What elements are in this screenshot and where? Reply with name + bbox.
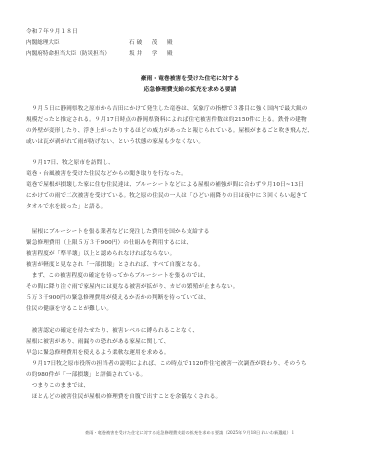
paragraph-1-line: ９月５日に静岡県牧之原市から吉田にかけて発生した竜巻は、気象庁の指標で３番目に強… — [26, 106, 307, 113]
document-title-line-2: 応急修理費支給の拡充を求める要請 — [0, 87, 380, 94]
paragraph-4-line: の約980件が「一部損壊」と評価されている。 — [26, 372, 146, 379]
recipient-title: 内閣府特命担当大臣（防災担当） — [26, 51, 129, 58]
paragraph-3-line: 被害程度が「準半壊」以上と認められなければならない。 — [26, 251, 175, 258]
paragraph-4-line: ９月17日牧之原市役所の担当者の説明によれば、この時点で1120件住宅被害一次調… — [26, 361, 307, 368]
paragraph-1-line: 或いは瓦が剥がれて雨が防げない、という状態の家屋も少なくない。 — [26, 139, 204, 146]
paragraph-4-line: つまりこのままでは、 — [26, 383, 89, 390]
paragraph-4-line: 屋根に被害があり、雨漏りの恐れがある家屋に関して、 — [26, 339, 169, 346]
paragraph-2-line: にかけての雨で二次被害を受けている。牧之原の住民の一人は「ひどい雨降りの日は夜中… — [26, 193, 307, 200]
paragraph-3-line: 緊急修理費用（上限５万３千900円）の仕組みを利用するには、 — [26, 240, 192, 247]
paragraph-3-line: ５万３千900円の緊急修理費用が使えるか否かの判断を待っていては、 — [26, 295, 209, 302]
paragraph-2-line: 竜巻・台風被害を受けた住民などからの聞き取りを行なった。 — [26, 171, 187, 178]
page-footer: 豪雨・竜巻被害を受けた住宅に対する応急修理費支給の拡充を求める要請（2025年９… — [0, 430, 380, 436]
paragraph-1-line: の外壁が変形したり、浮き上がったりするほどの威力があったと報じられている。屋根が… — [26, 128, 313, 135]
document-date: 令和７年９月１８日 — [26, 29, 78, 36]
paragraph-3-line: 被害が軽度と見なされ「一部損壊」とされれば、すべて自腹となる。 — [26, 262, 204, 269]
paragraph-3-line: 屋根にブルーシートを張る業者などに発注した費用を国から支給する — [26, 229, 209, 236]
recipient-prime-minister: 内閣総理大臣石破 茂 殿 — [26, 40, 175, 47]
paragraph-3-line: その間に降り注ぐ雨で家屋内には更なる被害が拡がり、カビの繁殖が止まらない。 — [26, 284, 239, 291]
paragraph-4-line: 被害認定の確定を待たせたり、被害レベルに縛られることなく、 — [26, 328, 198, 335]
paragraph-3-line: まず、この被害程度の確定を待ってからブルーシートを張るのでは、 — [26, 273, 209, 280]
recipient-disaster-minister: 内閣府特命担当大臣（防災担当）坂井 学 殿 — [26, 51, 175, 58]
document-page: 令和７年９月１８日 内閣総理大臣石破 茂 殿 内閣府特命担当大臣（防災担当）坂井… — [0, 0, 380, 476]
paragraph-2-line: タオルで水を絞った」と語る。 — [26, 204, 106, 211]
paragraph-1-line: 規模だったと推定される。９月17日時点の静岡県資料によれば住宅被害件数は約215… — [26, 117, 307, 124]
recipient-name: 坂井 学 殿 — [129, 51, 175, 58]
document-title-line-1: 豪雨・竜巻被害を受けた住宅に対する — [0, 76, 380, 83]
paragraph-4-line: ほとんどの被害住民が屋根の修理費を自腹で出すことを余儀なくされる。 — [26, 394, 221, 401]
paragraph-4-line: 早急に緊急修理費用を使えるよう柔軟な運用を求める。 — [26, 350, 170, 357]
paragraph-3-line: 住民の健康を守ることが難しい。 — [26, 306, 112, 313]
paragraph-2-line: ９月17日、牧之原市を訪問し、 — [26, 160, 114, 167]
recipient-title: 内閣総理大臣 — [26, 40, 129, 47]
recipient-name: 石破 茂 殿 — [129, 40, 175, 47]
paragraph-2-line: 竜巻で屋根が損壊した家に住む住民達は、ブルーシートなどによる屋根の補強が間に合わ… — [26, 182, 304, 189]
